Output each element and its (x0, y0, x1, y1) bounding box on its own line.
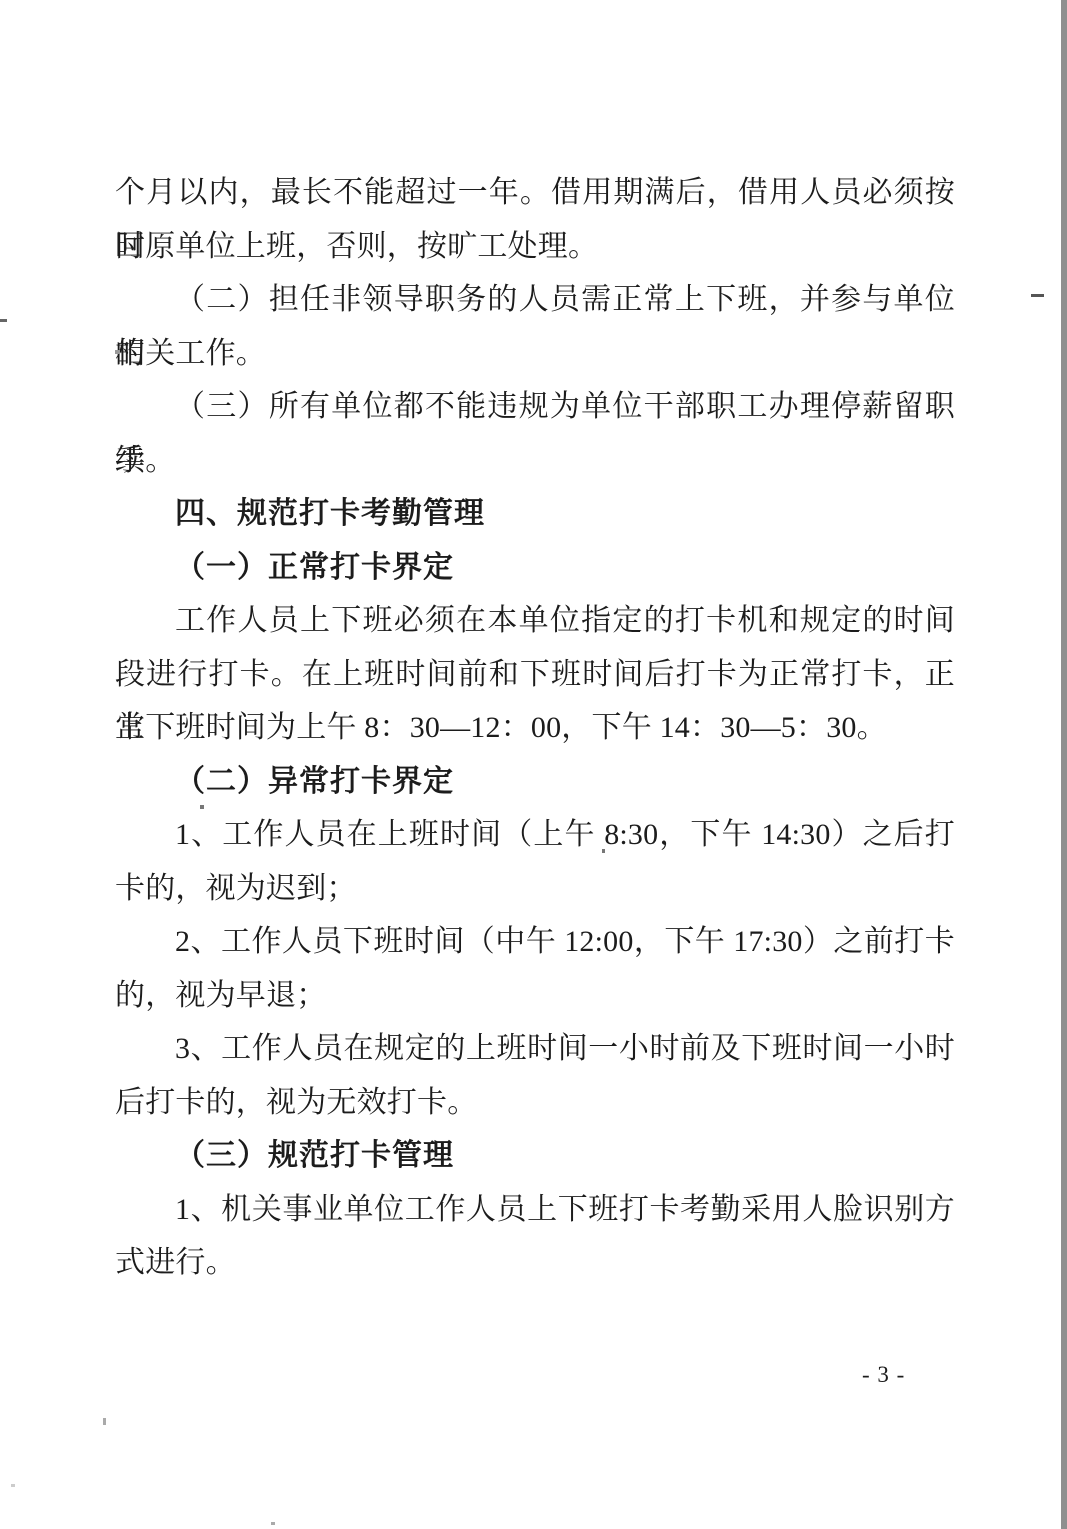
heading-line: （一）正常打卡界定 (115, 541, 955, 595)
heading-line: （三）规范打卡管理 (115, 1129, 955, 1183)
text-line: 1、机关事业单位工作人员上下班打卡考勤采用人脸识别方 (115, 1183, 955, 1237)
text-line: 段进行打卡。在上班时间前和下班时间后打卡为正常打卡，正常 (115, 648, 955, 702)
text-line: 的，视为早退； (115, 969, 955, 1023)
text-line: 续。 (115, 434, 955, 488)
text-line: 上下班时间为上午 8：30—12：00，下午 14：30—5：30。 (115, 701, 955, 755)
text-line: （二）担任非领导职务的人员需正常上下班，并参与单位的 (115, 273, 955, 327)
text-line: （三）所有单位都不能违规为单位干部职工办理停薪留职手 (115, 380, 955, 434)
text-line: 卡的，视为迟到； (115, 862, 955, 916)
scan-speck (1031, 294, 1044, 297)
document-body: 个月以内，最长不能超过一年。借用期满后，借用人员必须按时回原单位上班，否则，按旷… (115, 166, 955, 1290)
text-line: 回原单位上班，否则，按旷工处理。 (115, 220, 955, 274)
scan-speck (0, 319, 7, 322)
scan-speck (602, 849, 605, 853)
heading-line: （二）异常打卡界定 (115, 755, 955, 809)
text-line: 后打卡的，视为无效打卡。 (115, 1076, 955, 1130)
heading-line: 四、规范打卡考勤管理 (115, 487, 955, 541)
text-line: 个月以内，最长不能超过一年。借用期满后，借用人员必须按时 (115, 166, 955, 220)
scan-speck (271, 1522, 275, 1525)
text-line: 1、工作人员在上班时间（上午 8:30，下午 14:30）之后打 (115, 808, 955, 862)
scan-edge-right (1061, 0, 1067, 1529)
text-line: 2、工作人员下班时间（中午 12:00，下午 17:30）之前打卡 (115, 915, 955, 969)
text-line: 工作人员上下班必须在本单位指定的打卡机和规定的时间 (115, 594, 955, 648)
scan-speck (200, 805, 204, 809)
text-line: 相关工作。 (115, 327, 955, 381)
text-line: 3、工作人员在规定的上班时间一小时前及下班时间一小时 (115, 1022, 955, 1076)
scanned-document-page: 个月以内，最长不能超过一年。借用期满后，借用人员必须按时回原单位上班，否则，按旷… (0, 0, 1067, 1529)
scan-speck (11, 1484, 15, 1487)
page-number: - 3 - (862, 1362, 905, 1388)
text-line: 式进行。 (115, 1236, 955, 1290)
scan-speck (103, 1418, 106, 1425)
scan-speck (115, 350, 120, 354)
